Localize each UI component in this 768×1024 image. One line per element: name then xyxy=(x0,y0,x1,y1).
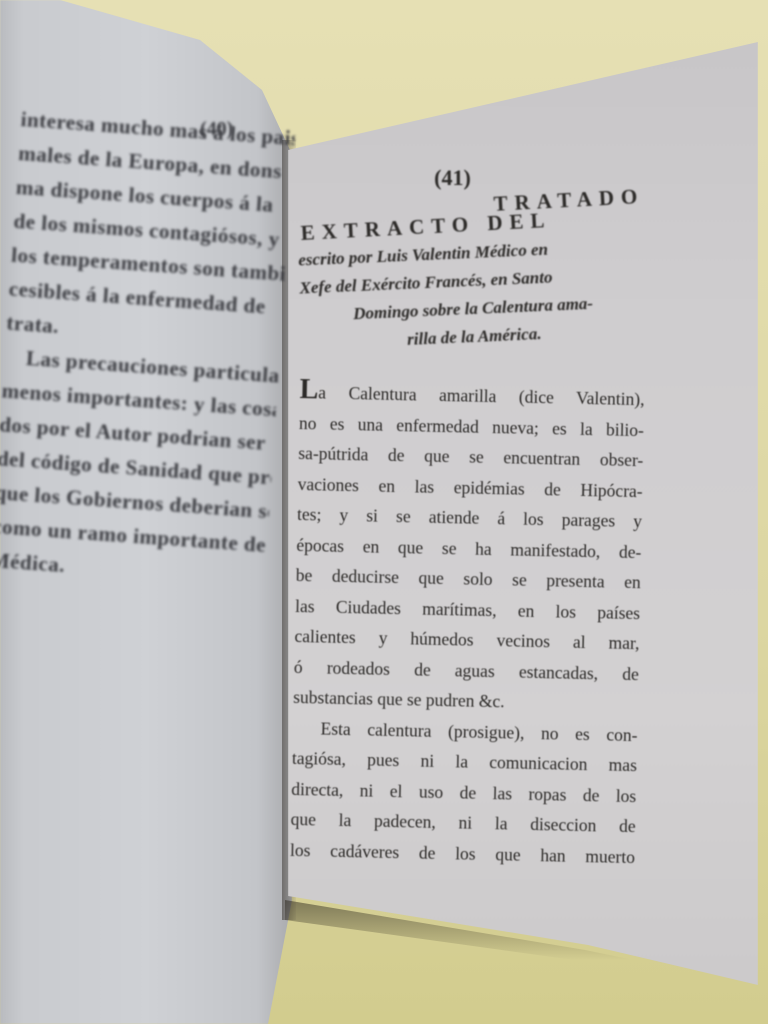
left-page-text: interesa mucho mas á los paises males de… xyxy=(0,102,296,596)
right-page-text: (41) TRATADO EXTRACTO DEL escrito por Lu… xyxy=(300,165,645,865)
book-photo: (40) interesa mucho mas á los paises mal… xyxy=(0,0,768,1024)
drop-cap: L xyxy=(299,374,318,405)
body-line: a Calentura amarilla (dice Valentin), xyxy=(318,382,645,409)
chapter-subtitle: escrito por Luis Valentin Médico en Xefe… xyxy=(298,232,648,359)
show-through-text xyxy=(0,580,291,879)
body-text: La Calentura amarilla (dice Valentin), n… xyxy=(290,375,645,872)
